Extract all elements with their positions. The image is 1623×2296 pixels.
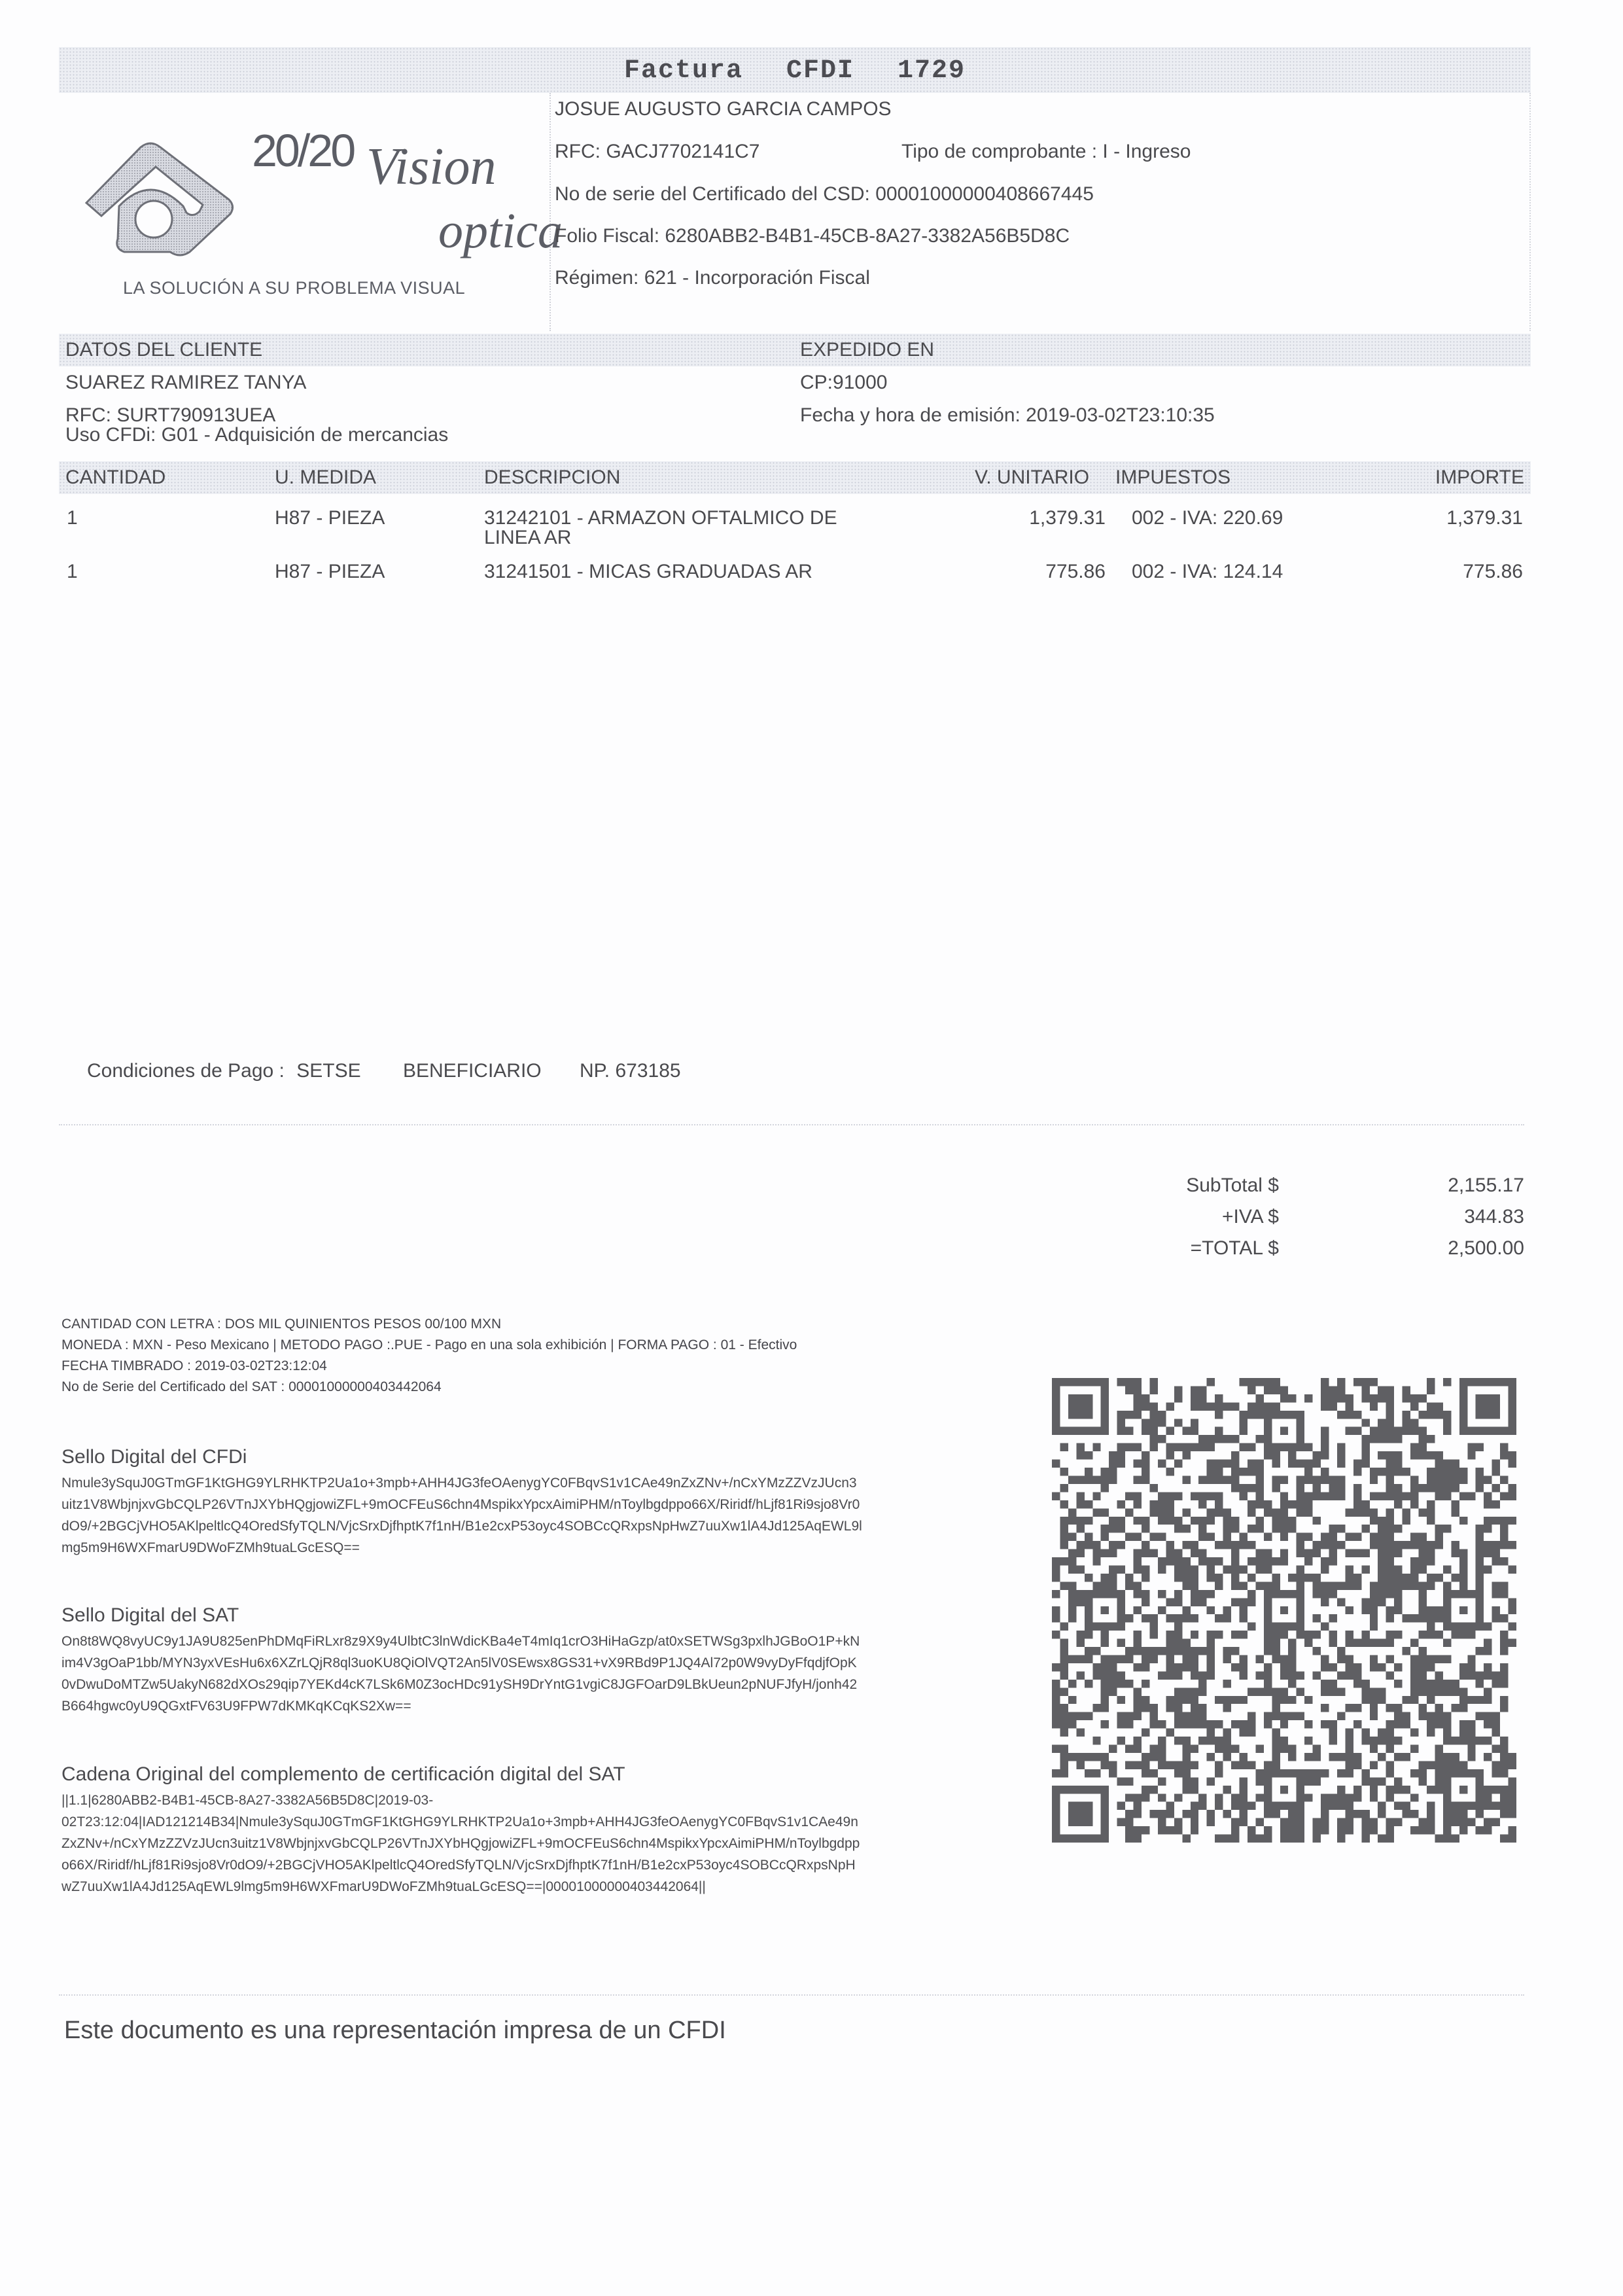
subtotal-label: SubTotal $ <box>1186 1174 1279 1197</box>
logo-number: 20/20 <box>252 124 353 177</box>
cantidad-con-letra: CANTIDAD CON LETRA : DOS MIL QUINIENTOS … <box>61 1316 501 1332</box>
cadena-line: ||1.1|6280ABB2-B4B1-45CB-8A27-3382A56B5D… <box>61 1790 1003 1811</box>
sello-sat-line: im4V3gOaP1bb/MYN3yxVEsHu6x6XZrLQjR8ql3uo… <box>61 1652 1003 1674</box>
divider <box>59 1124 1524 1125</box>
title-bar: Factura CFDI 1729 <box>59 47 1531 93</box>
payment-value-3: NP. 673185 <box>580 1060 681 1082</box>
regimen-fiscal: Régimen: 621 - Incorporación Fiscal <box>555 267 870 289</box>
eye-logo-icon <box>79 128 242 258</box>
row-importe: 775.86 <box>1463 561 1523 583</box>
client-section-bar: DATOS DEL CLIENTE EXPEDIDO EN <box>59 334 1531 366</box>
row-v-unitario: 775.86 <box>1045 561 1106 583</box>
sello-sat-line: B664hgwc0yU9QGxtFV63U9FPW7dKMKqKCqKS2Xw=… <box>61 1695 1003 1717</box>
sello-sat-line: On8t8WQ8vyUC9y1JA9U825enPhDMqFiRLxr8z9X9… <box>61 1631 1003 1652</box>
col-importe: IMPORTE <box>1435 467 1524 489</box>
iva-value: 344.83 <box>1464 1206 1524 1228</box>
payment-label: Condiciones de Pago : <box>87 1060 285 1082</box>
row-importe: 1,379.31 <box>1446 507 1523 529</box>
sello-cfdi-line: dO9/+2BGCjVHO5AKlpeltlcQ4OredSfyTQLN/Vjc… <box>61 1515 1003 1537</box>
no-serie-sat: No de Serie del Certificado del SAT : 00… <box>61 1379 442 1395</box>
payment-value-2: BENEFICIARIO <box>403 1060 542 1082</box>
row-impuestos: 002 - IVA: 220.69 <box>1132 507 1283 529</box>
subtotal-value: 2,155.17 <box>1448 1174 1524 1197</box>
tipo-comprobante: Tipo de comprobante : I - Ingreso <box>901 141 1191 163</box>
fecha-timbrado: FECHA TIMBRADO : 2019-03-02T23:12:04 <box>61 1358 327 1374</box>
issued-section-label: EXPEDIDO EN <box>800 339 934 361</box>
sello-sat-line: 0vDwuDoMTZw5UakyN682dXOs29qip7YEKd4cK7LS… <box>61 1674 1003 1695</box>
emitter-name: JOSUE AUGUSTO GARCIA CAMPOS <box>555 98 892 120</box>
row-unidad: H87 - PIEZA <box>275 561 385 583</box>
cadena-line: o66X/Riridf/hLjf81Ri9sjo8Vr0dO9/+2BGCjVH… <box>61 1854 1003 1876</box>
qr-code-icon <box>1052 1378 1516 1843</box>
col-unidad: U. MEDIDA <box>275 467 376 489</box>
total-label: =TOTAL $ <box>1191 1237 1279 1260</box>
logo-word-optica: optica <box>438 203 563 260</box>
footer-divider <box>59 1994 1524 1996</box>
cfdi-number: CFDI 1729 <box>786 56 966 86</box>
row-descripcion: 31241501 - MICAS GRADUADAS AR <box>484 561 812 583</box>
cadena-line: ZxZNv+/nCxYMzZZVzJUcn3uitz1V8WbjnjxvGbCQ… <box>61 1833 1003 1854</box>
client-section-label: DATOS DEL CLIENTE <box>65 339 262 361</box>
sello-cfdi-line: mg5m9H6WXFmarU9DWoFZMh9tuaLGcESQ== <box>61 1537 1003 1559</box>
client-rfc: RFC: SURT790913UEA <box>65 404 275 427</box>
cadena-original-title: Cadena Original del complemento de certi… <box>61 1763 625 1786</box>
table-row: 1 H87 - PIEZA 31241501 - MICAS GRADUADAS… <box>59 561 1531 587</box>
logo-word-vision: Vision <box>366 137 497 197</box>
document-title: Factura CFDI 1729 <box>59 56 1531 86</box>
col-impuestos: IMPUESTOS <box>1115 467 1230 489</box>
emitter-rfc: RFC: GACJ7702141C7 <box>555 141 759 163</box>
table-row: 1 H87 - PIEZA 31242101 - ARMAZON OFTALMI… <box>59 507 1531 553</box>
issued-cp: CP:91000 <box>800 372 887 394</box>
iva-label: +IVA $ <box>1222 1206 1279 1228</box>
cfdi-representation-note: Este documento es una representación imp… <box>64 2017 726 2045</box>
folio-fiscal: Folio Fiscal: 6280ABB2-B4B1-45CB-8A27-33… <box>555 225 1070 247</box>
sello-sat-text: On8t8WQ8vyUC9y1JA9U825enPhDMqFiRLxr8z9X9… <box>61 1631 1003 1717</box>
col-v-unitario: V. UNITARIO <box>975 467 1089 489</box>
row-cantidad: 1 <box>67 561 78 583</box>
sello-cfdi-line: Nmule3ySquJ0GTmGF1KtGHG9YLRHKTP2Ua1o+3mp… <box>61 1472 1003 1494</box>
logo-tagline: LA SOLUCIÓN A SU PROBLEMA VISUAL <box>123 278 465 298</box>
moneda-metodo-forma-pago: MONEDA : MXN - Peso Mexicano | METODO PA… <box>61 1337 797 1353</box>
totals-block: SubTotal $ 2,155.17 +IVA $ 344.83 =TOTAL… <box>1112 1174 1531 1273</box>
col-descripcion: DESCRIPCION <box>484 467 620 489</box>
row-unidad: H87 - PIEZA <box>275 507 385 529</box>
invoice-title: Factura <box>624 56 743 86</box>
cadena-original-text: ||1.1|6280ABB2-B4B1-45CB-8A27-3382A56B5D… <box>61 1790 1003 1898</box>
row-descripcion: 31242101 - ARMAZON OFTALMICO DE <box>484 507 837 529</box>
client-name: SUAREZ RAMIREZ TANYA <box>65 372 306 394</box>
items-table-header: CANTIDAD U. MEDIDA DESCRIPCION V. UNITAR… <box>59 461 1531 494</box>
cadena-line: wZ7uuXw1lA4Jd125AqEWL9lmg5m9H6WXFmarU9DW… <box>61 1876 1003 1898</box>
no-serie-csd: No de serie del Certificado del CSD: 000… <box>555 183 1094 205</box>
issued-fecha-emision: Fecha y hora de emisión: 2019-03-02T23:1… <box>800 404 1215 427</box>
row-cantidad: 1 <box>67 507 78 529</box>
payment-conditions: Condiciones de Pago : SETSE BENEFICIARIO… <box>87 1060 681 1082</box>
client-uso-cfdi: Uso CFDi: G01 - Adquisición de mercancia… <box>65 424 448 446</box>
payment-value-1: SETSE <box>296 1060 360 1082</box>
sello-cfdi-text: Nmule3ySquJ0GTmGF1KtGHG9YLRHKTP2Ua1o+3mp… <box>61 1472 1003 1559</box>
sello-cfdi-title: Sello Digital del CFDi <box>61 1446 247 1468</box>
row-descripcion-cont: LINEA AR <box>484 527 571 549</box>
row-impuestos: 002 - IVA: 124.14 <box>1132 561 1283 583</box>
sello-sat-title: Sello Digital del SAT <box>61 1604 239 1627</box>
col-cantidad: CANTIDAD <box>65 467 166 489</box>
sello-cfdi-line: uitz1V8WbjnjxvGbCQLP26VTnJXYbHQgjowiZFL+… <box>61 1494 1003 1515</box>
cadena-line: 02T23:12:04|IAD121214B34|Nmule3ySquJ0GTm… <box>61 1811 1003 1833</box>
row-v-unitario: 1,379.31 <box>1029 507 1106 529</box>
company-logo: 20/20 Vision optica LA SOLUCIÓN A SU PRO… <box>72 111 543 314</box>
total-value: 2,500.00 <box>1448 1237 1524 1260</box>
